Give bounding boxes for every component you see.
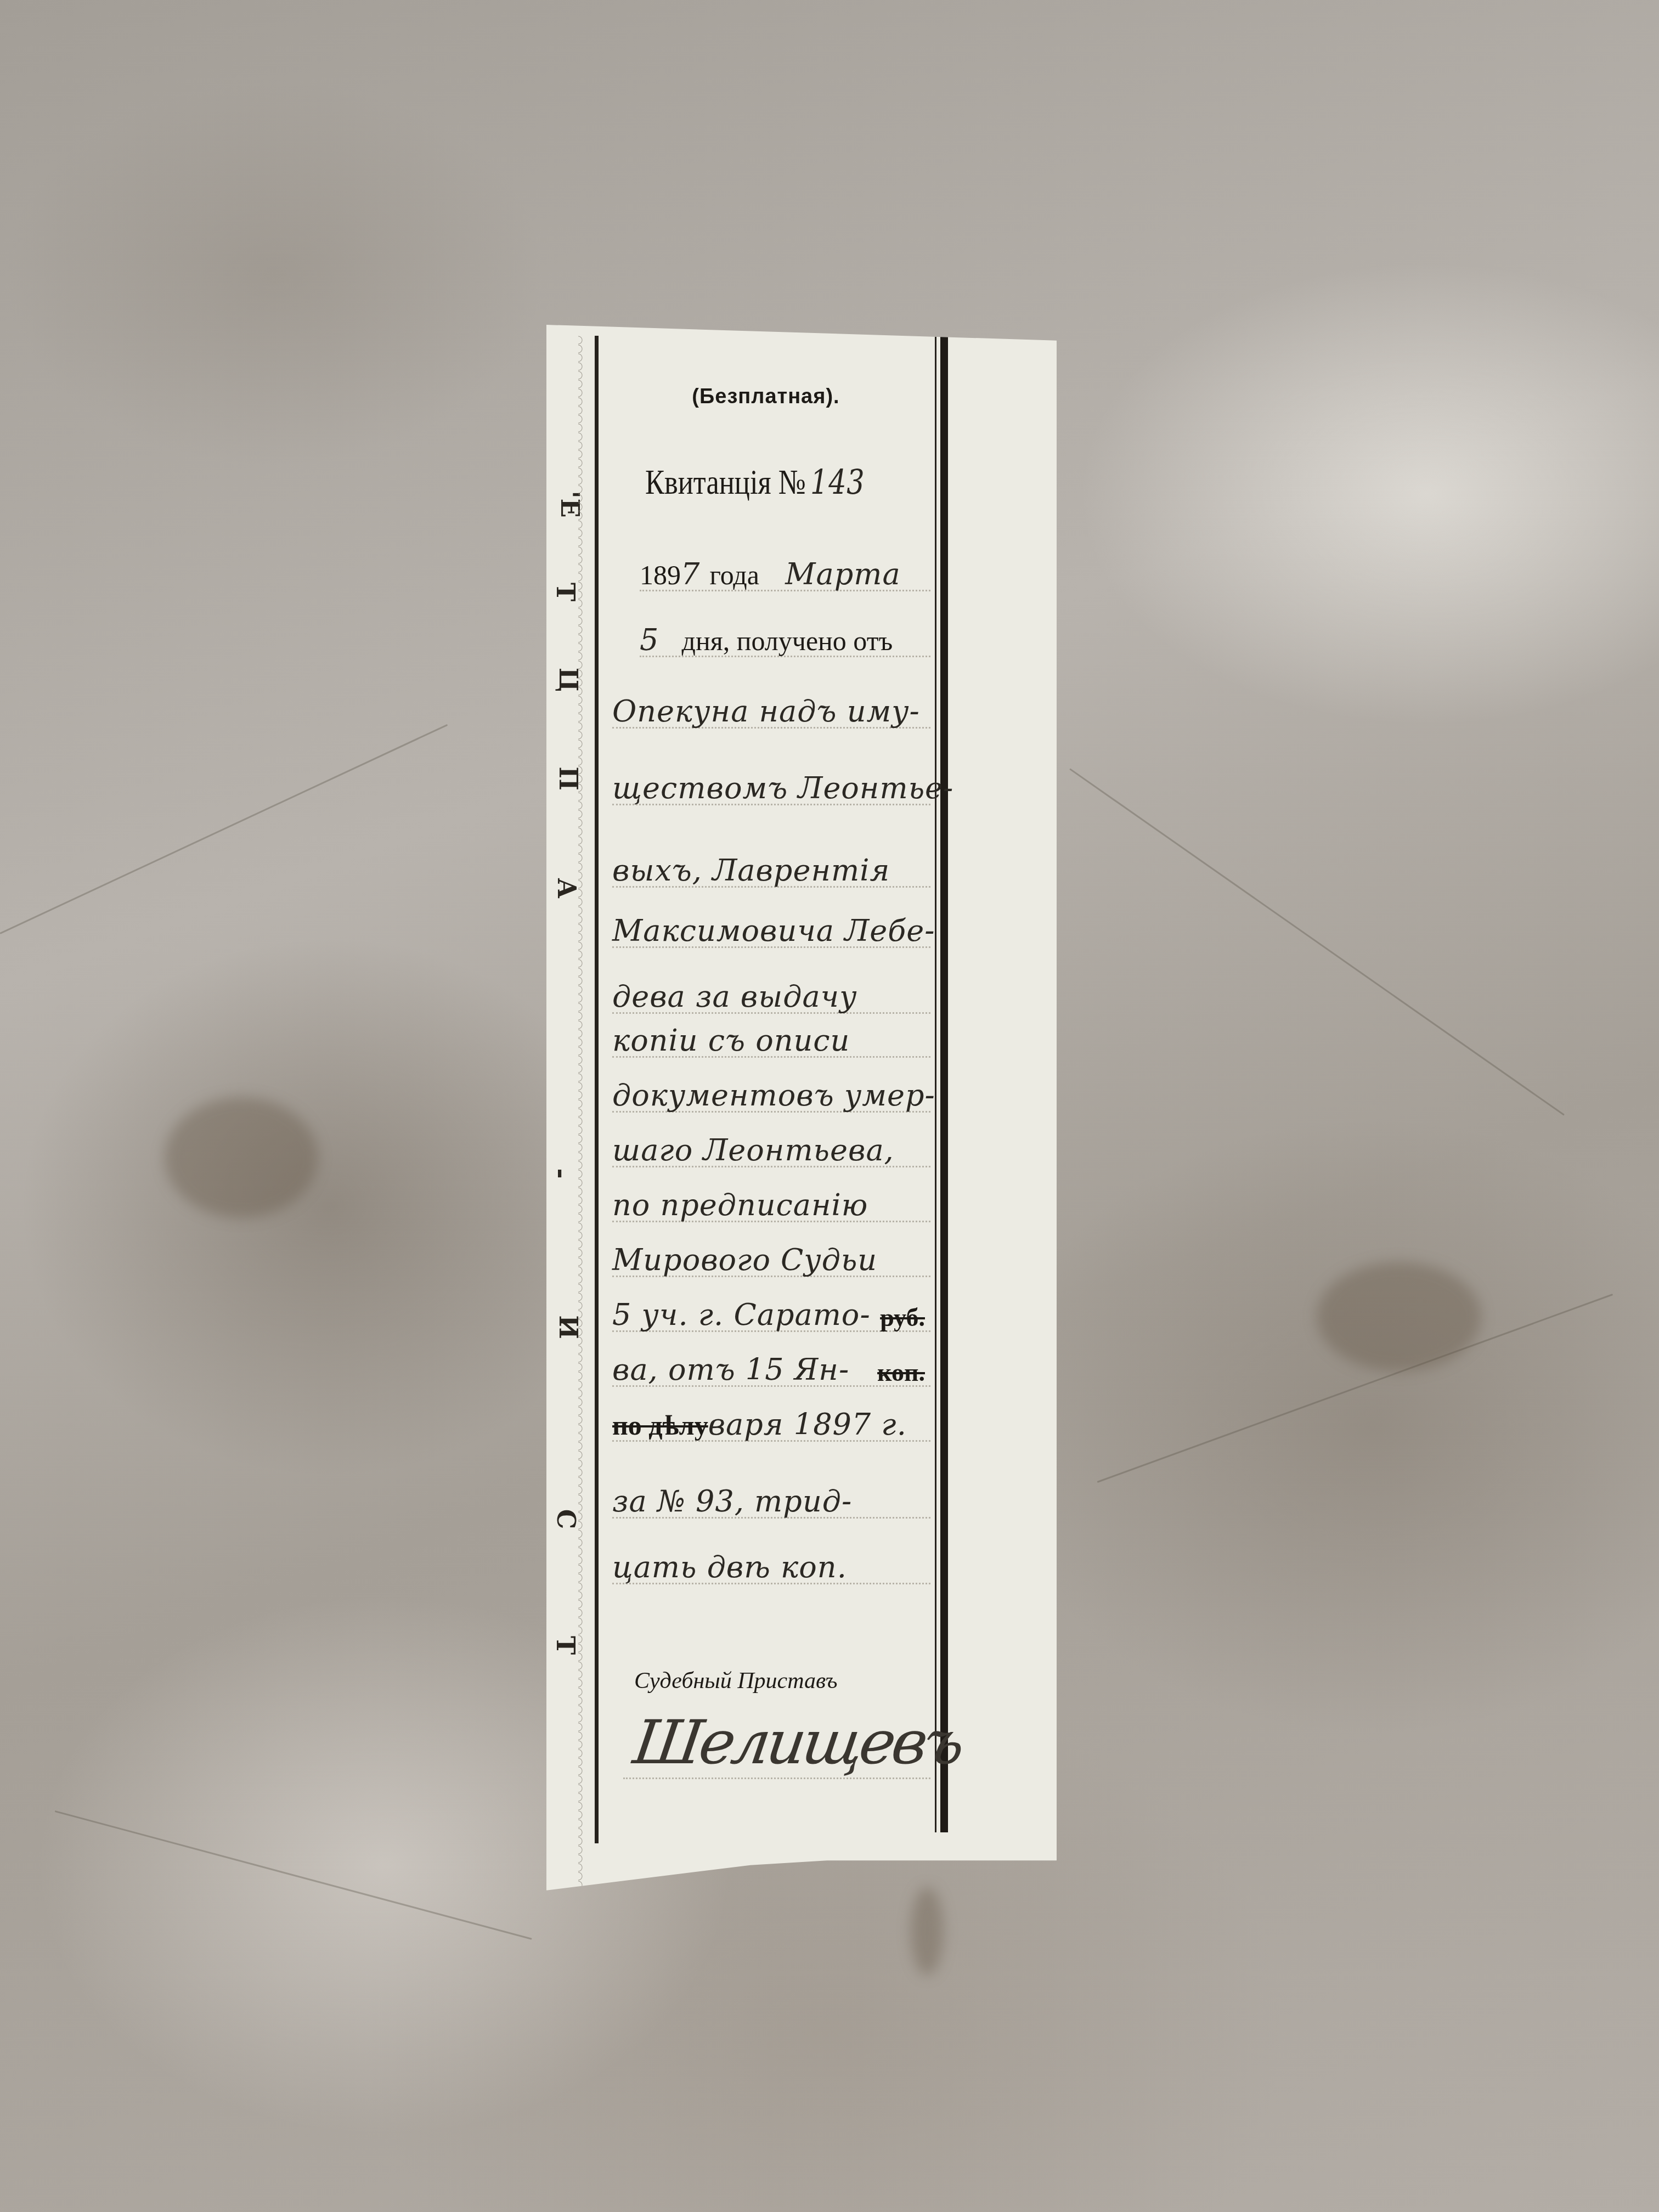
year-digit: 7 bbox=[681, 557, 700, 591]
stub-letter: Т bbox=[551, 1636, 580, 1655]
receipt-form: (Безплатная). Квитанція №143 1897 года М… bbox=[601, 325, 930, 1898]
text-line: цать двѣ коп. bbox=[612, 1543, 930, 1592]
perforation-edge bbox=[578, 336, 588, 1887]
text-line: выхъ, Лаврентія bbox=[612, 846, 930, 895]
text-line: ществомъ Леонтье- bbox=[612, 764, 930, 813]
year-prefix: 189 bbox=[640, 560, 681, 590]
free-of-charge-label: (Безплатная). bbox=[601, 385, 930, 409]
stain bbox=[165, 1097, 318, 1218]
stub-letter: А bbox=[552, 878, 582, 898]
rubles-label: руб. bbox=[880, 1303, 925, 1332]
receipt-number: 143 bbox=[810, 462, 865, 502]
text-line: шаго Леонтьева, bbox=[612, 1126, 930, 1175]
text-line-case: по дѣлуваря 1897 г. bbox=[612, 1400, 930, 1449]
text-line: Мирового Судьи bbox=[612, 1235, 930, 1285]
received-from-label: дня, получено отъ bbox=[682, 625, 893, 656]
text-line-kopecks: ва, отъ 15 Ян- коп. bbox=[612, 1345, 930, 1395]
marble-vein bbox=[55, 1810, 532, 1940]
text-line: за № 93, трид- bbox=[612, 1477, 930, 1526]
marble-vein bbox=[0, 724, 448, 934]
signer-title: Судебный Приставъ bbox=[634, 1668, 838, 1694]
marble-vein bbox=[1069, 768, 1565, 1115]
month-value: Марта bbox=[785, 557, 900, 591]
day-value: 5 bbox=[640, 623, 659, 657]
right-border-rule-thick bbox=[940, 337, 948, 1832]
title-text: Квитанція № bbox=[645, 462, 806, 501]
text-line: копіи съ описи bbox=[612, 1016, 930, 1065]
case-date: варя 1897 г. bbox=[708, 1407, 907, 1442]
text-line-rubles: 5 уч. г. Сарато- руб. bbox=[612, 1290, 930, 1340]
case-label-struck: по дѣлу bbox=[612, 1410, 708, 1441]
signature: Шелищевъ bbox=[629, 1707, 966, 1778]
text-line: по предписанію bbox=[612, 1181, 930, 1230]
stain bbox=[911, 1887, 944, 1975]
date-line: 1897 года Марта bbox=[640, 550, 930, 599]
kopecks-label: коп. bbox=[877, 1358, 925, 1387]
text-line: Максимовича Лебе- bbox=[612, 906, 930, 956]
year-label: года bbox=[710, 560, 759, 590]
signature-line bbox=[623, 1778, 930, 1779]
text-line: дева за выдачу bbox=[612, 972, 930, 1022]
receipt-paper: 'Е Т Ц П А - И С Т (Безплатная). Квитанц… bbox=[546, 325, 1057, 1898]
day-line: 5 дня, получено отъ bbox=[640, 616, 930, 665]
stub-letter: - bbox=[547, 1168, 577, 1178]
text-line: документовъ умер- bbox=[612, 1071, 930, 1120]
stub-letter: С bbox=[551, 1509, 581, 1530]
left-border-rule bbox=[595, 336, 599, 1843]
receipt-title: Квитанція №143 bbox=[645, 462, 865, 503]
stain bbox=[1317, 1262, 1481, 1372]
stub-letter: Т bbox=[551, 583, 580, 601]
text-line: Опекуна надъ иму- bbox=[612, 687, 930, 736]
